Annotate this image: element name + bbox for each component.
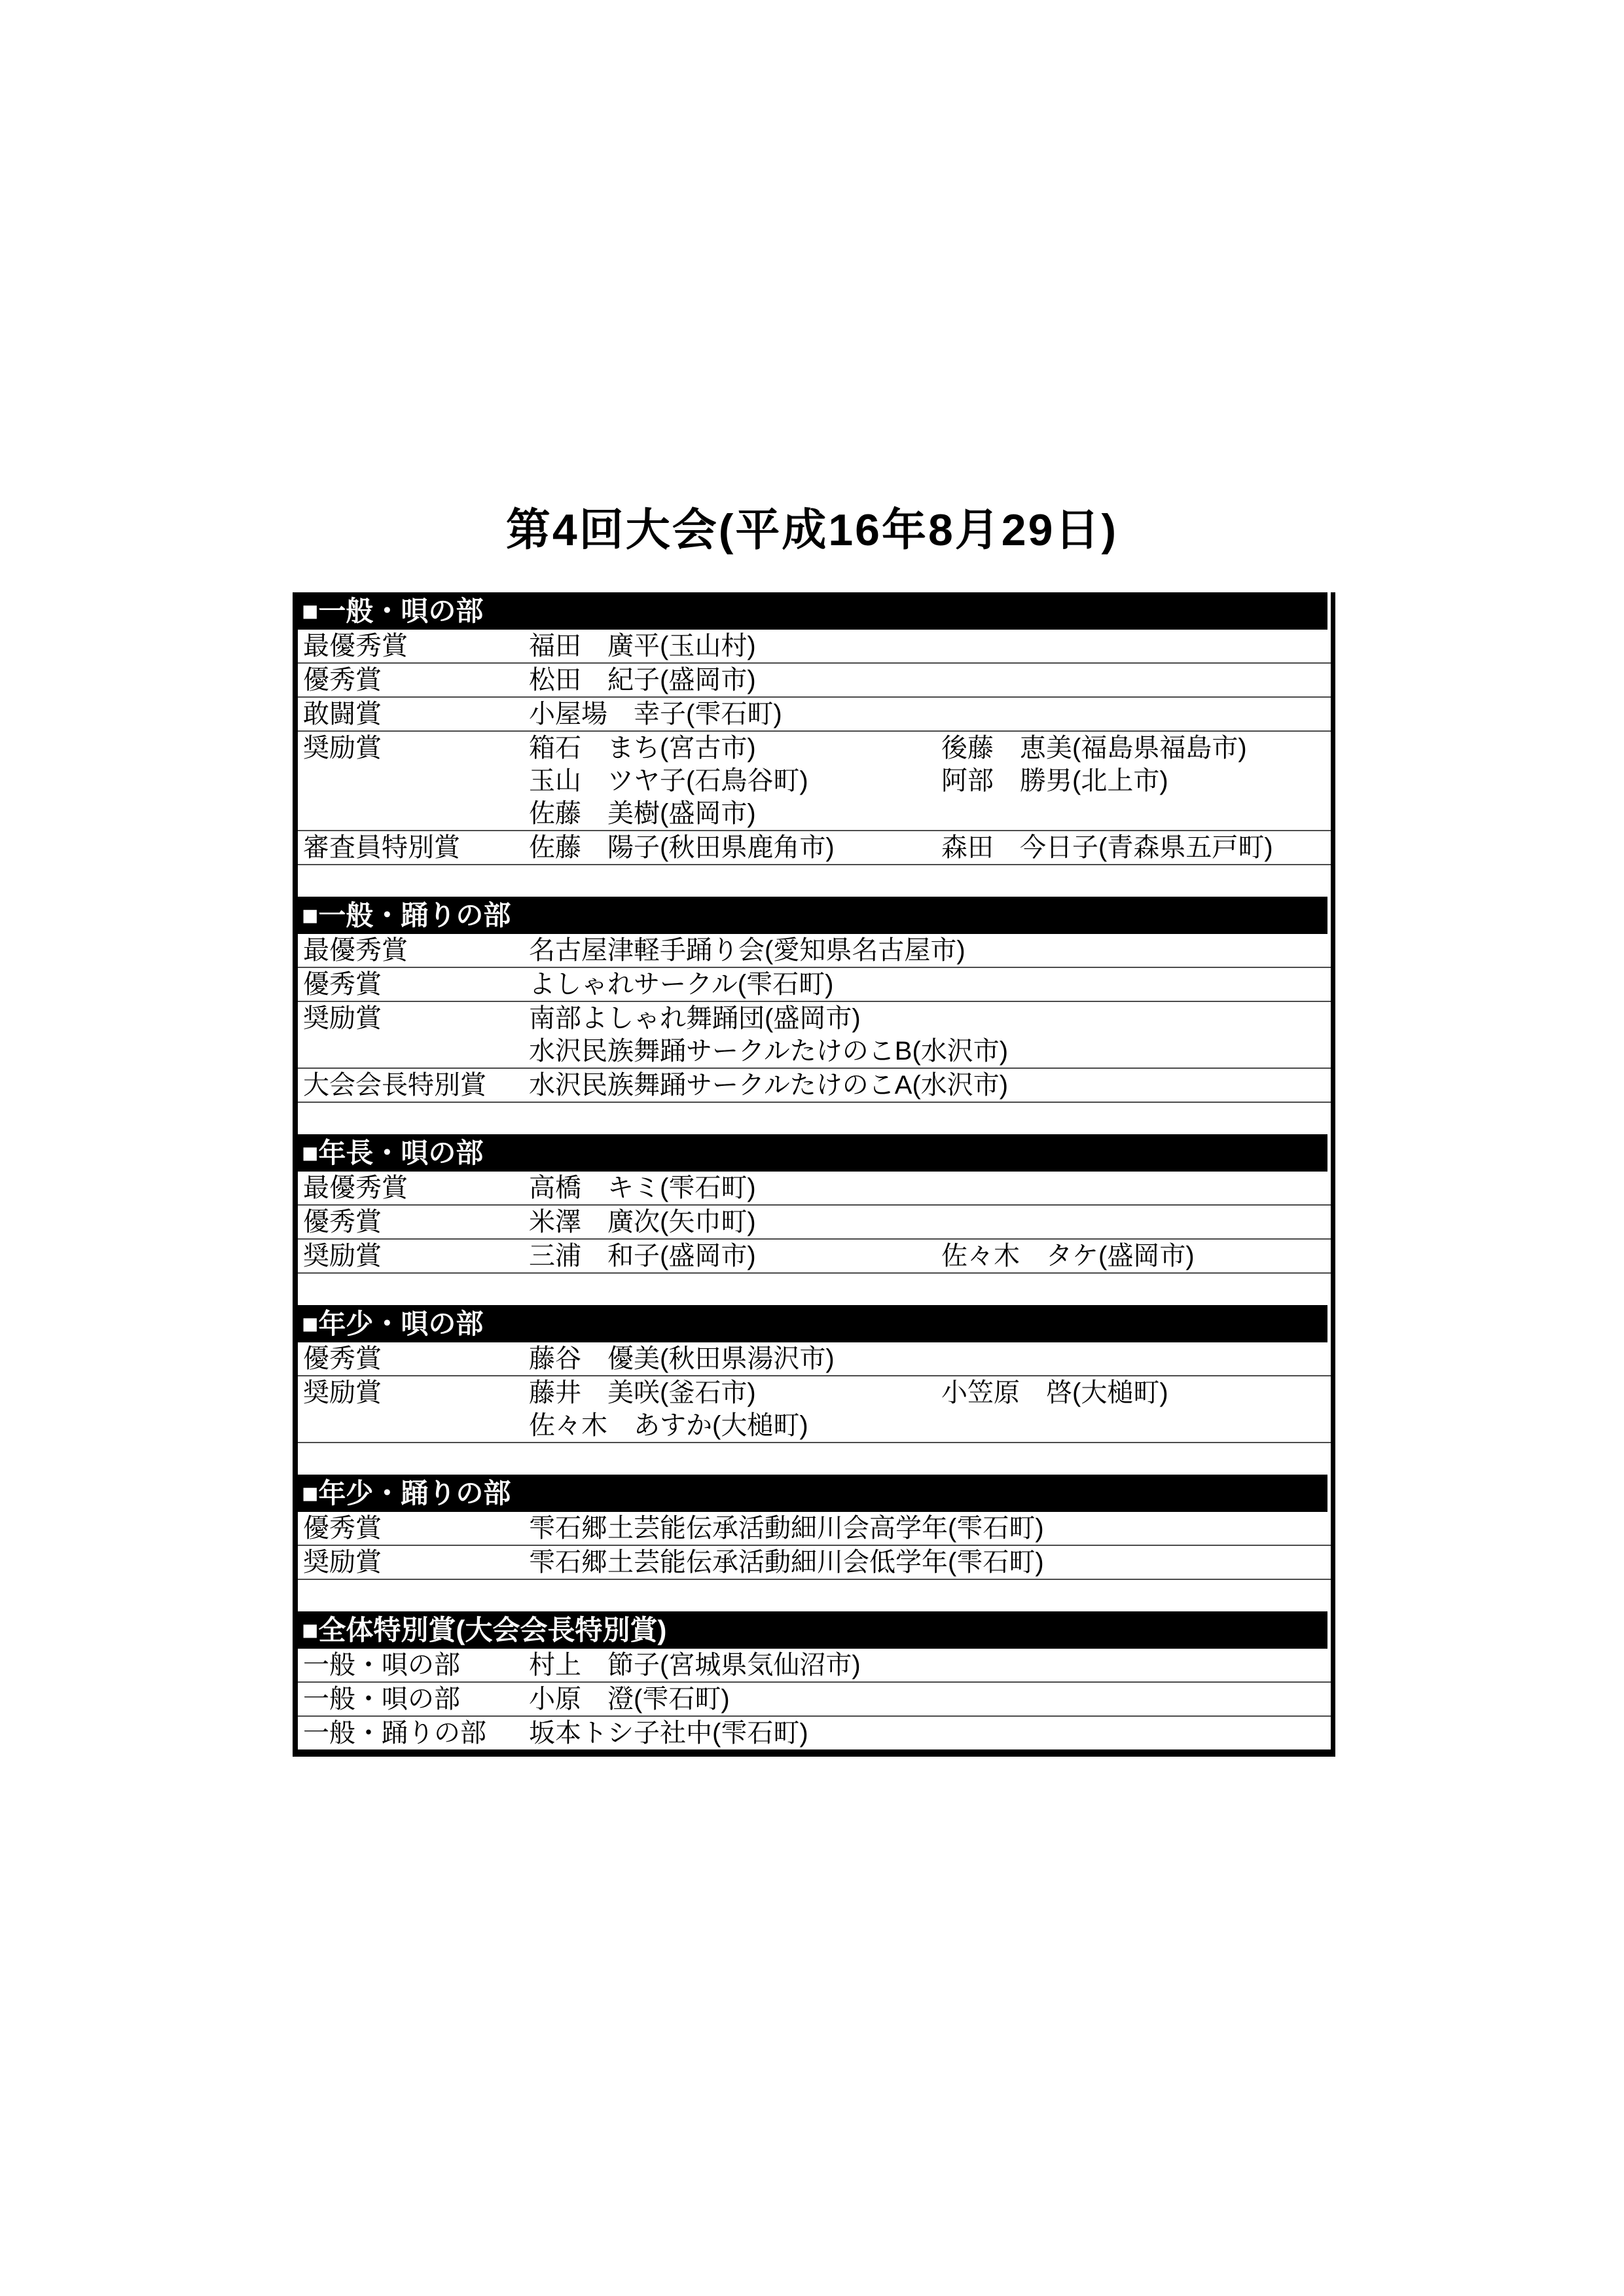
winner-cell-1: 三浦 和子(盛岡市): [529, 1240, 941, 1272]
award-name-cell: 優秀賞: [298, 1512, 529, 1545]
winner-cell-1: 高橋 キミ(雫石町): [529, 1172, 941, 1204]
winner-cell-1: 水沢民族舞踊サークルたけのこA(水沢市): [529, 1069, 941, 1102]
section-header: ■全体特別賞(大会会長特別賞): [298, 1611, 1327, 1649]
award-row: 優秀賞藤谷 優美(秋田県湯沢市): [298, 1342, 1331, 1375]
award-name-cell: 大会会長特別賞: [298, 1069, 529, 1102]
winner-cell-2: [941, 1342, 1331, 1375]
page-title: 第4回大会(平成16年8月29日): [0, 495, 1624, 558]
winner-cell-2: [941, 1069, 1331, 1102]
award-row: 奨励賞雫石郷土芸能伝承活動細川会低学年(雫石町): [298, 1545, 1331, 1579]
winner-cell-2: 阿部 勝男(北上市): [941, 764, 1331, 797]
award-table: ■一般・唄の部最優秀賞福田 廣平(玉山村)優秀賞松田 紀子(盛岡市)敢闘賞小屋場…: [293, 592, 1335, 1757]
award-name-cell: 奨励賞: [298, 1240, 529, 1272]
award-row: 水沢民族舞踊サークルたけのこB(水沢市): [298, 1035, 1331, 1067]
winner-cell-1: 水沢民族舞踊サークルたけのこB(水沢市): [529, 1035, 941, 1067]
winner-cell-1: 村上 節子(宮城県気仙沼市): [529, 1649, 941, 1681]
section-spacer: [298, 1442, 1331, 1475]
award-name-cell: 最優秀賞: [298, 934, 529, 967]
winner-cell-1: 米澤 廣次(矢巾町): [529, 1206, 941, 1238]
winner-cell-2: [941, 1409, 1331, 1442]
award-name-cell: 最優秀賞: [298, 630, 529, 662]
section-spacer: [298, 864, 1331, 897]
award-name-cell: 奨励賞: [298, 1546, 529, 1579]
winner-cell-1: 小原 澄(雫石町): [529, 1683, 941, 1715]
award-row: 優秀賞米澤 廣次(矢巾町): [298, 1204, 1331, 1238]
award-row: 玉山 ツヤ子(石鳥谷町)阿部 勝男(北上市): [298, 764, 1331, 797]
winner-cell-1: 佐藤 美樹(盛岡市): [529, 797, 941, 830]
section-header: ■年少・踊りの部: [298, 1475, 1327, 1512]
winner-cell-2: [941, 664, 1331, 696]
winner-cell-2: [941, 1002, 1331, 1035]
award-name-cell: 奨励賞: [298, 732, 529, 764]
section-spacer: [298, 1102, 1331, 1134]
winner-cell-2: [941, 797, 1331, 830]
winner-cell-2: [941, 1172, 1331, 1204]
winner-cell-2: [941, 698, 1331, 730]
award-row: 最優秀賞名古屋津軽手踊り会(愛知県名古屋市): [298, 934, 1331, 967]
winner-cell-1: 玉山 ツヤ子(石鳥谷町): [529, 764, 941, 797]
winner-cell-1: 佐藤 陽子(秋田県鹿角市): [529, 831, 941, 864]
winner-cell-1: 佐々木 あすか(大槌町): [529, 1409, 941, 1442]
award-name-cell: 奨励賞: [298, 1376, 529, 1409]
winner-cell-2: [941, 1546, 1331, 1579]
winner-cell-1: 福田 廣平(玉山村): [529, 630, 941, 662]
winner-cell-1: 名古屋津軽手踊り会(愛知県名古屋市): [529, 934, 941, 967]
winner-cell-1: 雫石郷土芸能伝承活動細川会低学年(雫石町): [529, 1546, 941, 1579]
section-header: ■年長・唄の部: [298, 1134, 1327, 1172]
winner-cell-2: [941, 1683, 1331, 1715]
winner-cell-1: 松田 紀子(盛岡市): [529, 664, 941, 696]
winner-cell-1: 雫石郷土芸能伝承活動細川会高学年(雫石町): [529, 1512, 941, 1545]
award-name-cell: 優秀賞: [298, 664, 529, 696]
award-name-cell: 一般・唄の部: [298, 1649, 529, 1681]
award-name-cell: 審査員特別賞: [298, 831, 529, 864]
section-header: ■年少・唄の部: [298, 1305, 1327, 1342]
award-name-cell: [298, 797, 529, 830]
award-name-cell: [298, 764, 529, 797]
award-row: 最優秀賞高橋 キミ(雫石町): [298, 1172, 1331, 1204]
award-row: 奨励賞南部よしゃれ舞踊団(盛岡市): [298, 1001, 1331, 1035]
winner-cell-2: [941, 630, 1331, 662]
winner-cell-2: [941, 1649, 1331, 1681]
award-name-cell: [298, 1409, 529, 1442]
award-row: 優秀賞よしゃれサークル(雫石町): [298, 967, 1331, 1001]
award-row: 一般・唄の部小原 澄(雫石町): [298, 1681, 1331, 1715]
award-row: 奨励賞箱石 まち(宮古市)後藤 恵美(福島県福島市): [298, 730, 1331, 764]
winner-cell-2: [941, 1717, 1331, 1749]
winner-cell-2: [941, 934, 1331, 967]
section-header: ■一般・踊りの部: [298, 897, 1327, 934]
award-name-cell: 最優秀賞: [298, 1172, 529, 1204]
winner-cell-1: 坂本トシ子社中(雫石町): [529, 1717, 941, 1749]
section-header: ■一般・唄の部: [298, 592, 1327, 630]
winner-cell-2: [941, 1512, 1331, 1545]
award-name-cell: 奨励賞: [298, 1002, 529, 1035]
award-name-cell: 優秀賞: [298, 1342, 529, 1375]
section-spacer: [298, 1579, 1331, 1611]
winner-cell-2: [941, 968, 1331, 1001]
winner-cell-1: 藤谷 優美(秋田県湯沢市): [529, 1342, 941, 1375]
winner-cell-1: 箱石 まち(宮古市): [529, 732, 941, 764]
document-page: 第4回大会(平成16年8月29日) ■一般・唄の部最優秀賞福田 廣平(玉山村)優…: [0, 0, 1624, 2296]
winner-cell-2: [941, 1206, 1331, 1238]
section-spacer: [298, 1272, 1331, 1305]
winner-cell-1: 小屋場 幸子(雫石町): [529, 698, 941, 730]
winner-cell-2: 小笠原 啓(大槌町): [941, 1376, 1331, 1409]
award-name-cell: [298, 1035, 529, 1067]
award-row: 一般・踊りの部坂本トシ子社中(雫石町): [298, 1715, 1331, 1749]
award-row: 一般・唄の部村上 節子(宮城県気仙沼市): [298, 1649, 1331, 1681]
award-name-cell: 敢闘賞: [298, 698, 529, 730]
award-row: 最優秀賞福田 廣平(玉山村): [298, 630, 1331, 662]
winner-cell-2: 佐々木 タケ(盛岡市): [941, 1240, 1331, 1272]
award-row: 審査員特別賞佐藤 陽子(秋田県鹿角市)森田 今日子(青森県五戸町): [298, 830, 1331, 864]
award-row: 優秀賞雫石郷土芸能伝承活動細川会高学年(雫石町): [298, 1512, 1331, 1545]
winner-cell-2: [941, 1035, 1331, 1067]
award-row: 佐藤 美樹(盛岡市): [298, 797, 1331, 830]
winner-cell-1: 藤井 美咲(釜石市): [529, 1376, 941, 1409]
award-row: 佐々木 あすか(大槌町): [298, 1409, 1331, 1442]
award-name-cell: 優秀賞: [298, 1206, 529, 1238]
winner-cell-2: 森田 今日子(青森県五戸町): [941, 831, 1331, 864]
winner-cell-2: 後藤 恵美(福島県福島市): [941, 732, 1331, 764]
award-row: 優秀賞松田 紀子(盛岡市): [298, 662, 1331, 696]
award-row: 奨励賞藤井 美咲(釜石市)小笠原 啓(大槌町): [298, 1375, 1331, 1409]
award-name-cell: 一般・踊りの部: [298, 1717, 529, 1749]
winner-cell-1: 南部よしゃれ舞踊団(盛岡市): [529, 1002, 941, 1035]
award-name-cell: 優秀賞: [298, 968, 529, 1001]
award-row: 敢闘賞小屋場 幸子(雫石町): [298, 696, 1331, 730]
winner-cell-1: よしゃれサークル(雫石町): [529, 968, 941, 1001]
award-name-cell: 一般・唄の部: [298, 1683, 529, 1715]
award-row: 大会会長特別賞水沢民族舞踊サークルたけのこA(水沢市): [298, 1067, 1331, 1102]
award-row: 奨励賞三浦 和子(盛岡市)佐々木 タケ(盛岡市): [298, 1238, 1331, 1272]
